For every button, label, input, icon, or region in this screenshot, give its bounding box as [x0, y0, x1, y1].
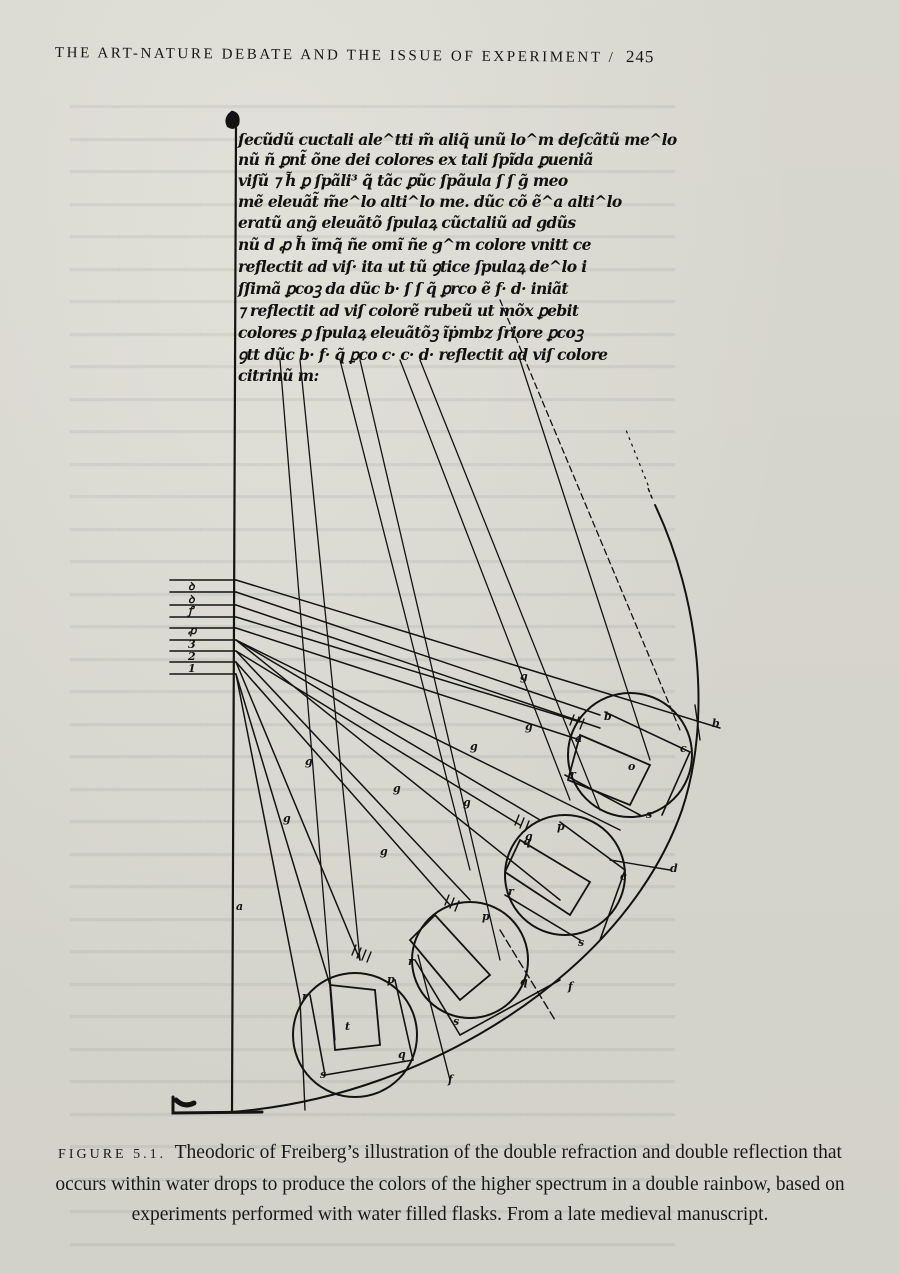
drop-bottom-left: [293, 945, 450, 1110]
diagram-label: g: [380, 845, 388, 858]
diagram-label: r: [408, 955, 415, 968]
diagram-label: f: [447, 1073, 455, 1086]
diagram-label: q: [520, 975, 528, 988]
book-page: ▁▁▁▁▁▁▁▁▁▁▁▁▁▁▁▁▁▁▁▁▁▁▁▁▁▁▁▁▁▁▁▁▁▁▁▁▁ ▁▁…: [0, 0, 900, 1274]
diagram-label: r: [508, 885, 515, 898]
diagram-label: g: [525, 720, 533, 733]
manuscript-line: nũ d ꝓ h̃ ĩmq̃ ñe omĩ ñe g^m colore vnit…: [238, 235, 592, 254]
drop-top-right: [565, 693, 692, 817]
manuscript-line: citrinũ m:: [238, 366, 319, 385]
diagram-label: g: [393, 782, 401, 795]
manuscript-text-block: ſecũdũ cuctali ale^tti m̃ aliq̃ unũ lo^m…: [237, 130, 677, 385]
manuscript-line: ⁊ reflectit ad viſ colorẽ rubeũ ut mõx ꝑ…: [238, 301, 580, 320]
scale-labels: ꝺ ꝺ ꝭ ꝓ 3 2 1: [186, 580, 198, 675]
drop-upper-middle-labels: p q r s c d: [508, 820, 678, 949]
diagram-label: f: [567, 980, 575, 993]
diagram-label: s: [646, 808, 652, 821]
diagram-label: c: [680, 742, 687, 755]
diagram-label: c: [620, 870, 627, 883]
diagram-label: s: [320, 1068, 326, 1081]
manuscript-line: ꝯtt dũc b· f· q̃ ꝑco c· c· d· reflectit …: [238, 345, 608, 365]
vertical-axis-label: a: [236, 900, 243, 913]
diagram-label: p: [482, 910, 490, 923]
diagram-label: s: [578, 936, 584, 949]
figure-caption: FIGURE 5.1. Theodoric of Freiberg’s illu…: [40, 1138, 860, 1230]
vertical-axis-line: [232, 128, 236, 1112]
manuscript-line: ſecũdũ cuctali ale^tti m̃ aliq̃ unũ lo^m…: [237, 130, 677, 149]
diagram-label: o: [628, 760, 635, 773]
diagram-label: g: [305, 755, 313, 768]
diagram-label: p: [387, 973, 395, 986]
diagram-label: g: [283, 812, 291, 825]
manuscript-figure: ſecũdũ cuctali ale^tti m̃ aliq̃ unũ lo^m…: [0, 0, 900, 1274]
light-rays: [236, 580, 720, 1000]
diagram-label: r: [302, 990, 309, 1003]
diagram-label: 1: [188, 662, 196, 675]
diagram-label: r: [570, 768, 577, 781]
diagram-label: p: [557, 820, 565, 833]
ray-labels: g g g g g g g g g: [283, 670, 533, 858]
diagram-label: g: [470, 740, 478, 753]
diagram-label: a: [575, 732, 582, 745]
diagram-label: s: [453, 1015, 459, 1028]
diagram-label: g: [520, 670, 528, 683]
manuscript-line: nũ ñ ꝑnt̃ õne dei colores ex tali ſpĩda …: [238, 149, 593, 169]
diagram-label: ꝺ: [188, 580, 196, 593]
diagram-label: d: [670, 862, 678, 875]
diagram-label: ꝓ: [188, 624, 198, 637]
manuscript-line: colores ꝑ ſpulaꝝ eleuãtõꝫ ĩṗmbz ſriore ꝑ…: [238, 323, 584, 343]
scale-lines: [170, 580, 236, 674]
manuscript-line: viſũ ⁊ h̃ ꝑ ſpãli³ q̃ tãc ꝑũc ſpãula ſ ſ…: [238, 171, 568, 190]
figure-caption-text: Theodoric of Freiberg’s illustration of …: [55, 1142, 844, 1225]
manuscript-line: ſſimã ꝑcoꝫ da dũc b· ſ ſ q̃ ꝑrco ẽ f· d·…: [237, 279, 569, 299]
manuscript-line: eratũ ang̃ eleuãtõ ſpulaꝝ cũctaliũ ad gd…: [238, 213, 576, 232]
diagram-label: g: [463, 796, 471, 809]
figure-label: FIGURE 5.1.: [58, 1147, 166, 1162]
manuscript-line: mẽ eleuãt̃ m̃e^lo alti^lo me. dũc cõ ẽ^a…: [238, 191, 622, 211]
diagram-label: t: [345, 1020, 350, 1033]
manuscript-line: reflectit ad viſ· ita ut tũ ꝯtice ſpulaꝝ…: [238, 257, 587, 277]
diagram-label: b: [604, 710, 612, 723]
diagram-label: q: [523, 835, 531, 848]
diagram-label: q: [398, 1048, 406, 1061]
outer-mark-label: b: [712, 717, 720, 730]
